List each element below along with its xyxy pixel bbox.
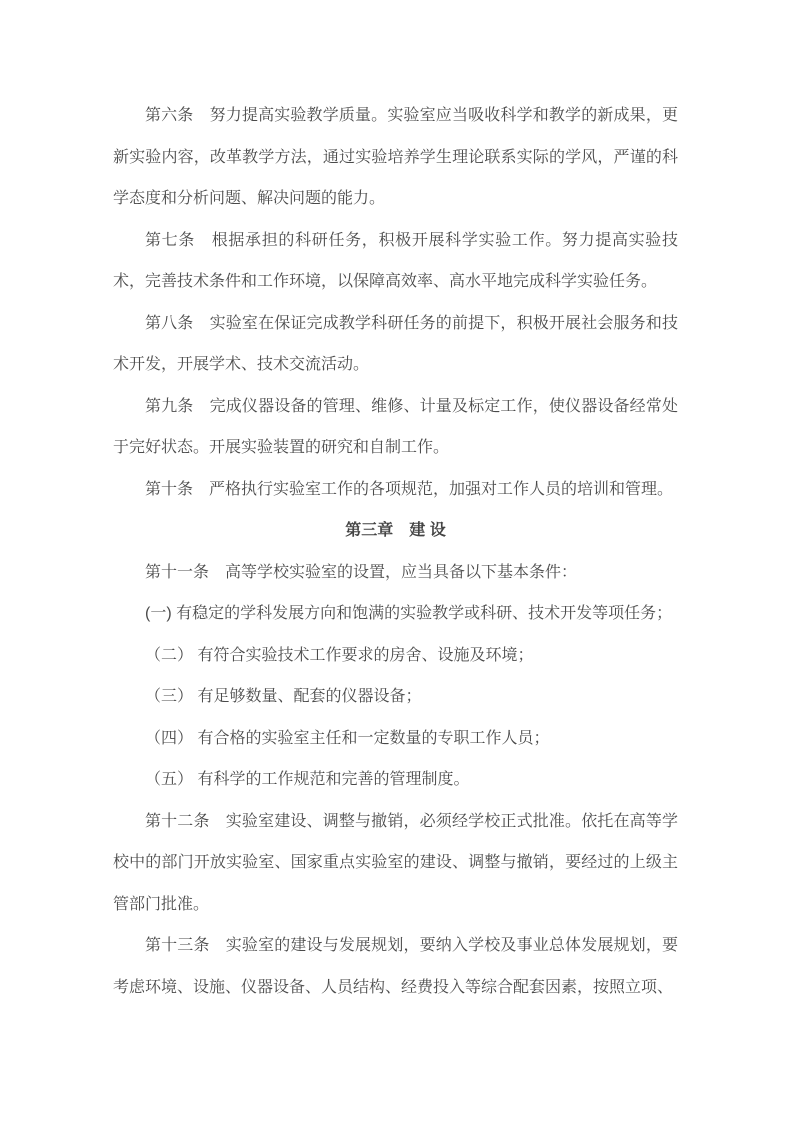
list-item: （四） 有合格的实验室主任和一定数量的专职工作人员； (113, 718, 678, 760)
article-paragraph: 第十二条 实验室建设、调整与撤销，必须经学校正式批准。依托在高等学校中的部门开放… (113, 801, 678, 926)
list-item: （五） 有科学的工作规范和完善的管理制度。 (113, 759, 678, 801)
list-item: （三） 有足够数量、配套的仪器设备； (113, 676, 678, 718)
article-paragraph: 第十一条 高等学校实验室的设置，应当具备以下基本条件： (113, 552, 678, 594)
article-paragraph: 第六条 努力提高实验教学质量。实验室应当吸收科学和教学的新成果，更新实验内容，改… (113, 95, 678, 220)
document-body: 第六条 努力提高实验教学质量。实验室应当吸收科学和教学的新成果，更新实验内容，改… (113, 95, 678, 1008)
chapter-heading: 第三章 建 设 (113, 510, 678, 552)
article-paragraph: 第八条 实验室在保证完成教学科研任务的前提下，积极开展社会服务和技术开发，开展学… (113, 303, 678, 386)
document-page: 第六条 努力提高实验教学质量。实验室应当吸收科学和教学的新成果，更新实验内容，改… (0, 0, 793, 1122)
list-item: （二） 有符合实验技术工作要求的房舍、设施及环境； (113, 635, 678, 677)
list-item: (一) 有稳定的学科发展方向和饱满的实验教学或科研、技术开发等项任务； (113, 593, 678, 635)
article-paragraph: 第十条 严格执行实验室工作的各项规范，加强对工作人员的培训和管理。 (113, 469, 678, 511)
article-paragraph: 第十三条 实验室的建设与发展规划，要纳入学校及事业总体发展规划，要考虑环境、设施… (113, 925, 678, 1008)
article-paragraph: 第九条 完成仪器设备的管理、维修、计量及标定工作，使仪器设备经常处于完好状态。开… (113, 386, 678, 469)
article-paragraph: 第七条 根据承担的科研任务，积极开展科学实验工作。努力提高实验技术，完善技术条件… (113, 220, 678, 303)
